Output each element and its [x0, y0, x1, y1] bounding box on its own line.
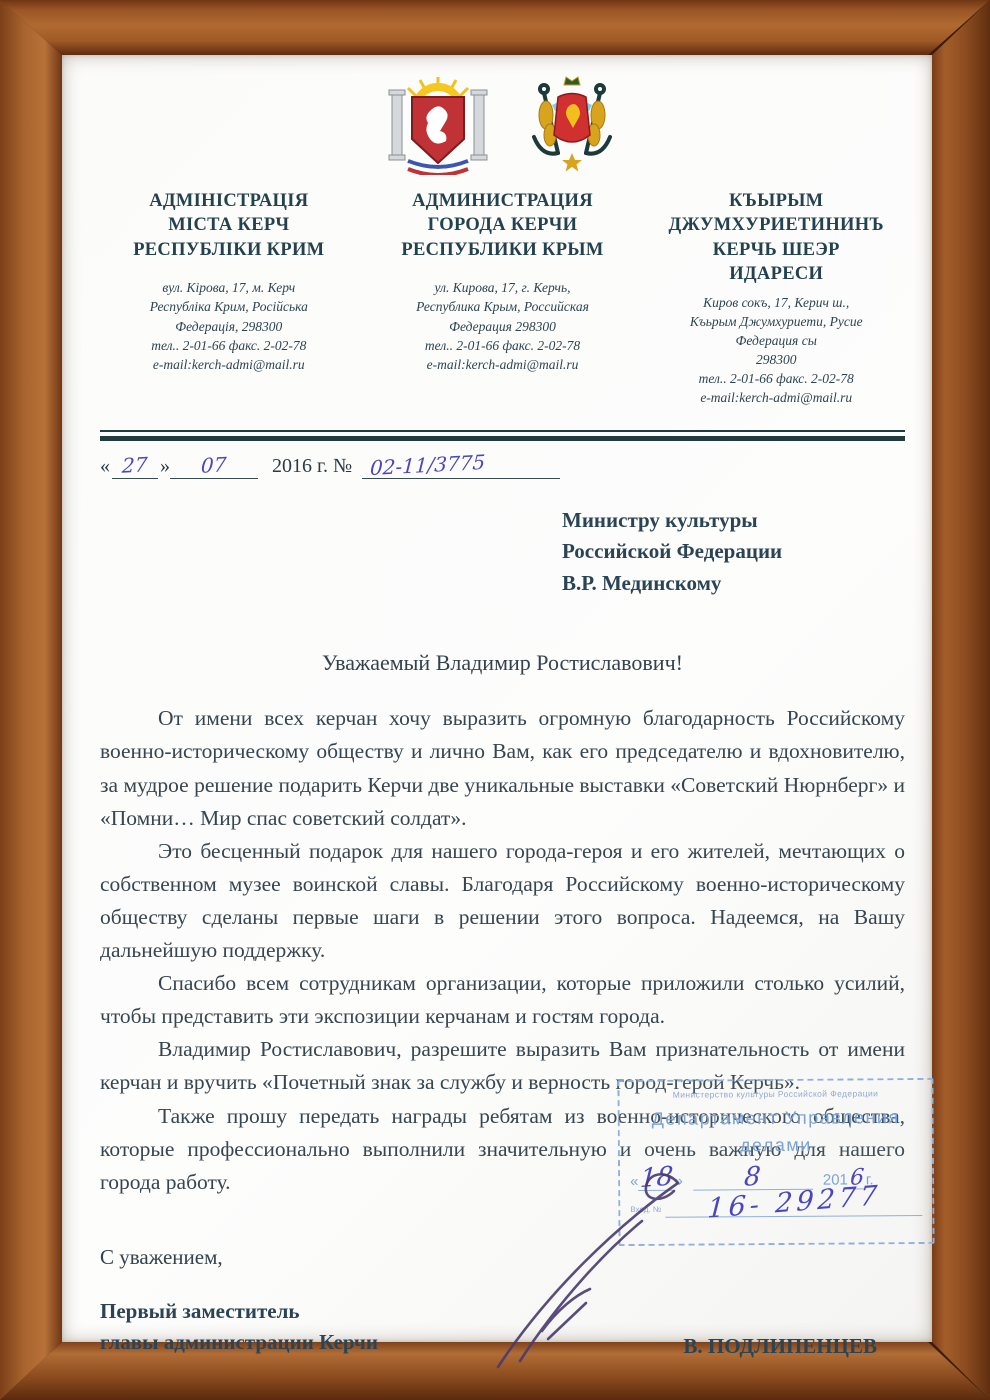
org-title: КЪЫРЫМ ДЖУМХУРИЕТИНИНЪ КЕРЧЬ ШЕЭР ИДАРЕС… [647, 189, 905, 287]
org-address: Киров сокъ, 17, Керич ш., Къьрым Джумхур… [647, 293, 905, 408]
org-column-russian: АДМИНИСТРАЦИЯ ГОРОДА КЕРЧИ РЕСПУБЛИКИ КР… [374, 189, 632, 408]
frame-rail-left [0, 0, 62, 1400]
kerch-coat-of-arms-icon [524, 75, 620, 171]
star [562, 153, 582, 171]
letterhead-columns: АДМІНІСТРАЦІЯ МІСТА КЕРЧ РЕСПУБЛІКИ КРИМ… [100, 189, 905, 408]
body-paragraph: От имени всех керчан хочу выразить огром… [100, 702, 905, 834]
closing-regards: С уважением, [100, 1245, 905, 1270]
quote-close: » [160, 455, 170, 478]
closing-row: Первый заместитель главы администрации К… [100, 1296, 905, 1359]
org-address: вул. Кірова, 17, м. Керч Республіка Крим… [100, 278, 358, 374]
quote-open: « [100, 455, 110, 478]
recipient-line: Российской Федерации [562, 536, 905, 568]
stamp-ministry-line: Министерство культуры Российской Федерац… [629, 1088, 921, 1100]
framed-letter-photo: АДМІНІСТРАЦІЯ МІСТА КЕРЧ РЕСПУБЛІКИ КРИМ… [0, 0, 990, 1400]
org-address: ул. Кирова, 17, г. Керчь, Республика Кры… [374, 278, 632, 374]
recipient-line: Министру культуры [562, 505, 905, 537]
stamp-entry-label: Вход. № [630, 1205, 661, 1214]
crimea-coat-of-arms-icon [386, 75, 490, 175]
recipient-line: В.Р. Мединскому [562, 568, 905, 600]
registration-stamp: Министерство культуры Российской Федерац… [617, 1078, 934, 1246]
stamp-entry-row: Вход. № 16- 29277 [630, 1191, 922, 1218]
stamp-handwritten-entry-number: 16- 29277 [665, 1191, 922, 1218]
stamp-handwritten-day: 18 [638, 1168, 674, 1191]
handwritten-day: 27 [112, 453, 158, 479]
emblems-row [100, 75, 905, 175]
frame-rail-top [0, 0, 990, 55]
crown [564, 77, 580, 85]
body-paragraph: Спасибо всем сотрудникам организации, ко… [100, 967, 905, 1033]
header-divider [100, 430, 905, 441]
body-paragraph: Это бесценный подарок для нашего города-… [100, 835, 905, 967]
frame-rail-right [932, 0, 990, 1400]
divider-thin-line [100, 430, 905, 432]
org-column-crimean-tatar: КЪЫРЫМ ДЖУМХУРИЕТИНИНЪ КЕРЧЬ ШЕЭР ИДАРЕС… [647, 189, 905, 408]
org-title: АДМІНІСТРАЦІЯ МІСТА КЕРЧ РЕСПУБЛІКИ КРИМ [100, 189, 358, 262]
org-title: АДМИНИСТРАЦИЯ ГОРОДА КЕРЧИ РЕСПУБЛИКИ КР… [374, 189, 632, 262]
letter-paper: АДМІНІСТРАЦІЯ МІСТА КЕРЧ РЕСПУБЛІКИ КРИМ… [62, 55, 932, 1342]
handwritten-outgoing-number: 02-11/3775 [362, 453, 560, 479]
salutation: Уважаемый Владимир Ростиславович! [100, 650, 905, 676]
org-column-ukrainian: АДМІНІСТРАЦІЯ МІСТА КЕРЧ РЕСПУБЛІКИ КРИМ… [100, 189, 358, 408]
divider-thick-line [100, 436, 905, 441]
stamp-department-line: Департамент Управления делами [630, 1104, 922, 1160]
signer-name: В. ПОДЛИПЕНЦЕВ [683, 1334, 877, 1359]
year-number-label: 2016 г. № [272, 455, 352, 478]
recipient-block: Министру культуры Российской Федерации В… [562, 505, 905, 601]
handwritten-month: 07 [170, 453, 258, 479]
reference-line: « 27 » 07 2016 г. № 02-11/3775 [100, 453, 905, 479]
